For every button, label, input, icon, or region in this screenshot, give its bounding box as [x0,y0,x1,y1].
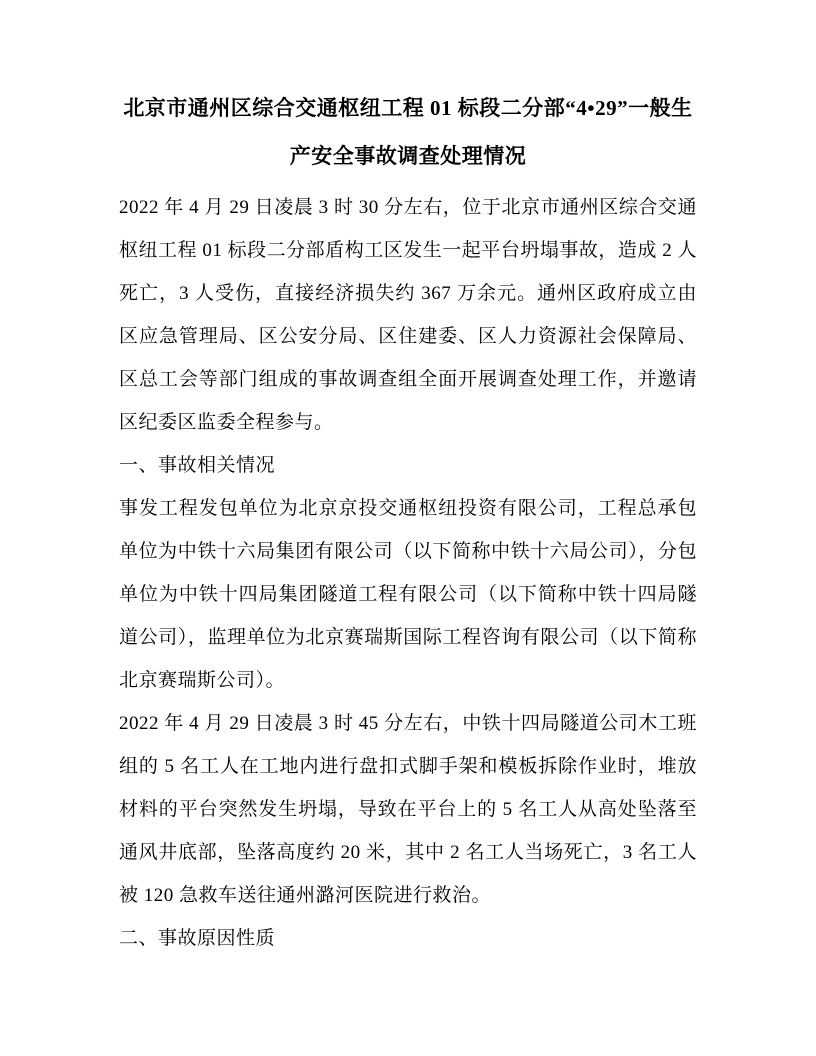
paragraph-companies-involved: 事发工程发包单位为北京京投交通枢纽投资有限公司，工程总承包单位为中铁十六局集团有… [119,487,697,702]
section-heading-2: 二、事故原因性质 [119,917,697,960]
paragraph-incident-summary: 2022 年 4 月 29 日凌晨 3 时 30 分左右，位于北京市通州区综合交… [119,186,697,444]
paragraph-accident-details: 2022 年 4 月 29 日凌晨 3 时 45 分左右，中铁十四局隧道公司木工… [119,702,697,917]
document-page: 北京市通州区综合交通枢纽工程 01 标段二分部“4•29”一般生产安全事故调查处… [0,0,816,1056]
section-heading-1: 一、事故相关情况 [119,444,697,487]
document-title: 北京市通州区综合交通枢纽工程 01 标段二分部“4•29”一般生产安全事故调查处… [119,84,697,180]
